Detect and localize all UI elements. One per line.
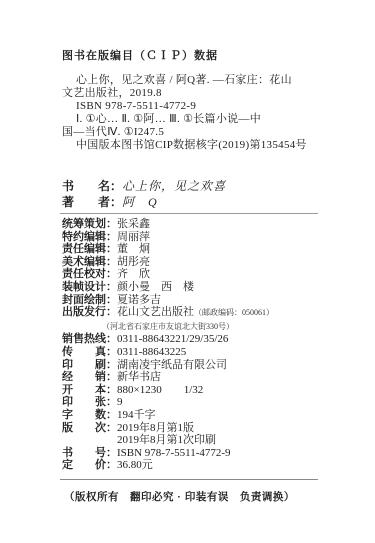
credit-value: 9 [117, 396, 123, 408]
credit-value: 880×1230 1/32 [117, 384, 203, 396]
credit-value: 新华书店 [117, 371, 161, 383]
credit-value: 0311-88643221/29/35/26 [117, 333, 228, 345]
credit-value: 张采鑫 [117, 218, 150, 230]
credit-row: 经 销：新华书店 [62, 371, 347, 384]
credit-value: 董 炯 [117, 243, 150, 255]
credit-row: 出版发行：花山文艺出版社（邮政编码：050061） [62, 306, 347, 320]
credit-label: 书 号： [62, 447, 117, 460]
credit-label: 特约编辑： [62, 231, 117, 244]
book-title: 心上你，见之欢喜 [122, 179, 226, 193]
credit-label: 销售热线： [62, 333, 117, 346]
book-author: 阿 Q [122, 195, 158, 209]
credit-label: 印 张： [62, 396, 117, 409]
credit-row: 定 价：36.80元 [62, 459, 347, 472]
title-block: 书 名：心上你，见之欢喜 著 者：阿 Q [62, 178, 347, 210]
cip-block: 图书在版编目（ＣＩＰ）数据 心上你，见之欢喜 / 阿Q著. —石家庄：花山 文艺… [62, 50, 347, 152]
book-title-row: 书 名：心上你，见之欢喜 [62, 178, 347, 194]
credit-label: 印 刷： [62, 359, 117, 372]
credit-value: 齐 欣 [117, 268, 150, 280]
credit-row: 统筹策划：张采鑫 [62, 218, 347, 231]
credit-row: 印 刷：湖南凌宇纸品有限公司 [62, 359, 347, 372]
divider-top [60, 213, 318, 214]
book-author-label: 著 者： [62, 194, 122, 210]
credit-row: 2019年8月第1次印刷 [62, 434, 347, 447]
credit-row: 传 真：0311-88643225 [62, 346, 347, 359]
credit-value: 夏诺多吉 [117, 294, 161, 306]
credit-label: 定 价： [62, 459, 117, 472]
credit-label: 出版发行： [62, 306, 117, 319]
cip-line: 心上你，见之欢喜 / 阿Q著. —石家庄：花山 [62, 74, 347, 87]
credit-row: 印 张：9 [62, 396, 347, 409]
credit-row: 字 数：194千字 [62, 409, 347, 422]
credit-value: 胡彤亮 [117, 256, 150, 268]
book-author-row: 著 者：阿 Q [62, 194, 347, 210]
credit-row: 责任编辑：董 炯 [62, 243, 347, 256]
credit-label: 经 销： [62, 371, 117, 384]
postcode-note: （邮政编码：050061） [194, 308, 274, 317]
credit-value: 36.80元 [117, 459, 153, 471]
credit-value: 0311-88643225 [117, 346, 186, 358]
credit-row: 特约编辑：周丽萍 [62, 231, 347, 244]
credit-row: （河北省石家庄市友谊北大街330号） [62, 320, 347, 334]
cip-line: 文艺出版社，2019.8 [62, 87, 347, 100]
credit-label: 装帧设计： [62, 281, 117, 294]
credit-row: 销售热线：0311-88643221/29/35/26 [62, 333, 347, 346]
credit-value: 2019年8月第1次印刷 [117, 434, 216, 446]
credit-value: ISBN 978-7-5511-4772-9 [117, 447, 231, 459]
credit-value: 194千字 [117, 409, 156, 421]
credit-row: 装帧设计：颜小曼 西 楼 [62, 281, 347, 294]
credit-label: 统筹策划： [62, 218, 117, 231]
book-title-label: 书 名： [62, 178, 122, 194]
credit-label: 开 本： [62, 384, 117, 397]
credit-value: 周丽萍 [117, 231, 150, 243]
cip-heading: 图书在版编目（ＣＩＰ）数据 [62, 50, 347, 63]
credit-value: 颜小曼 西 楼 [117, 281, 194, 293]
credit-label: 责任校对： [62, 268, 117, 281]
divider-bottom [60, 479, 318, 480]
credit-value: 湖南凌宇纸品有限公司 [117, 359, 227, 371]
credit-label: 封面绘制： [62, 294, 117, 307]
cip-line: 国—当代Ⅳ. ①I247.5 [62, 126, 347, 139]
credit-row: 书 号：ISBN 978-7-5511-4772-9 [62, 447, 347, 460]
credit-row: 开 本：880×1230 1/32 [62, 384, 347, 397]
credit-label: 传 真： [62, 346, 117, 359]
copyright-page: 图书在版编目（ＣＩＰ）数据 心上你，见之欢喜 / 阿Q著. —石家庄：花山 文艺… [0, 0, 375, 543]
credit-value: 花山文艺出版社 [117, 306, 194, 318]
credits-list: 统筹策划：张采鑫特约编辑：周丽萍责任编辑：董 炯美术编辑：胡彤亮责任校对：齐 欣… [62, 218, 347, 472]
credit-label: 版 次： [62, 422, 117, 435]
cip-line: ISBN 978-7-5511-4772-9 [62, 100, 347, 113]
credit-label: 责任编辑： [62, 243, 117, 256]
publisher-address: （河北省石家庄市友谊北大街330号） [102, 322, 234, 331]
copyright-notice: （版权所有 翻印必究 · 印装有误 负责调换） [62, 489, 347, 504]
credit-row: 责任校对：齐 欣 [62, 268, 347, 281]
credit-label: 美术编辑： [62, 256, 117, 269]
credit-row: 美术编辑：胡彤亮 [62, 256, 347, 269]
credit-row: 封面绘制：夏诺多吉 [62, 294, 347, 307]
credit-value: 2019年8月第1版 [117, 422, 194, 434]
credit-label: 字 数： [62, 409, 117, 422]
credit-row: 版 次：2019年8月第1版 [62, 422, 347, 435]
cip-line: Ⅰ. ①心… Ⅱ. ①阿… Ⅲ. ①长篇小说—中 [62, 113, 347, 126]
cip-line: 中国版本图书馆CIP数据核字(2019)第135454号 [62, 139, 347, 152]
